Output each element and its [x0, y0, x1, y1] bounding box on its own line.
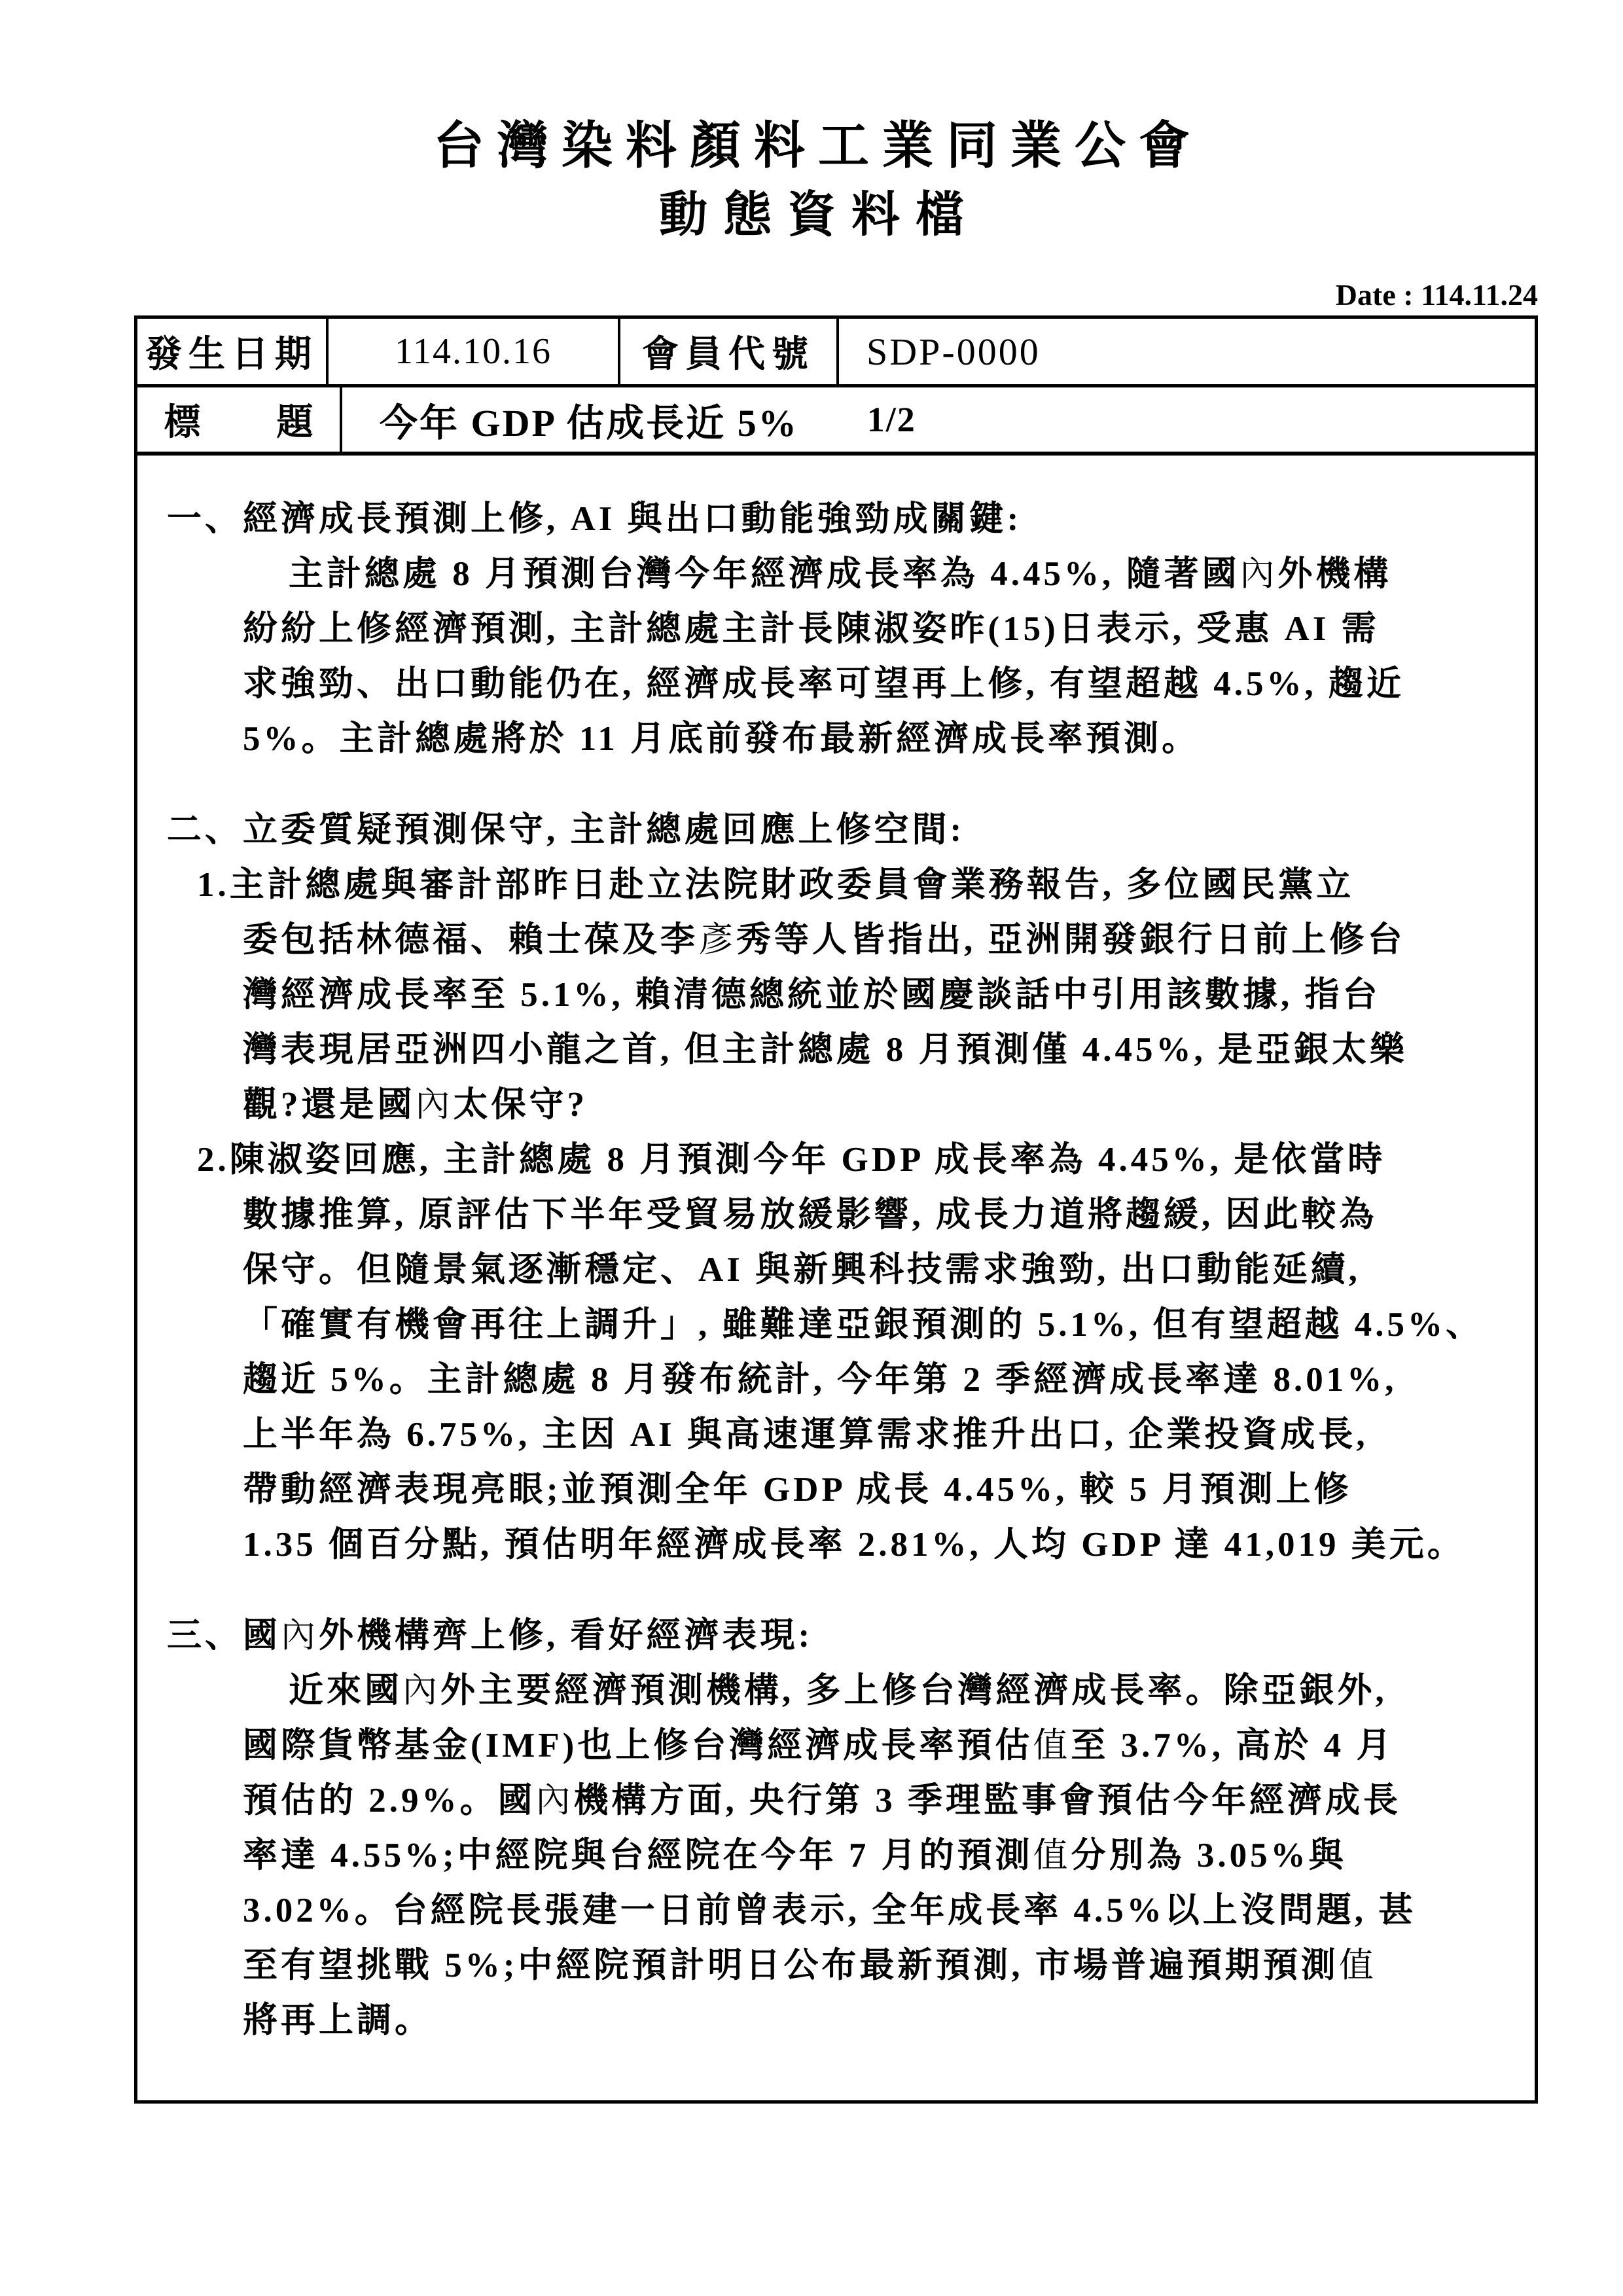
- bulletin-frame: 發生日期 114.10.16 會員代號 SDP-0000 標 題 今年 GDP …: [134, 315, 1538, 2104]
- association-title: 台灣染料顏料工業同業公會: [0, 120, 1623, 171]
- section-3-line: 至有望挑戰 5%;中經院預計明日公布最新預測, 市場普遍預期預測值: [243, 1938, 1508, 1993]
- occur-date-value: 114.10.16: [329, 319, 620, 384]
- section-3-line: 率達 4.55%;中經院與台經院在今年 7 月的預測值分別為 3.05%與: [243, 1828, 1508, 1883]
- document-type-title: 動態資料檔: [0, 191, 1623, 240]
- section-3-line: 3.02%。台經院長張建一日前曾表示, 全年成長率 4.5%以上沒問題, 甚: [243, 1883, 1508, 1938]
- section-2-item-2-line: 1.35 個百分點, 預估明年經濟成長率 2.81%, 人均 GDP 達 41,…: [243, 1517, 1508, 1572]
- section-1-line: 紛紛上修經濟預測, 主計總處主計長陳淑姿昨(15)日表示, 受惠 AI 需: [243, 601, 1508, 656]
- section-2-item-2-line: 2.陳淑姿回應, 主計總處 8 月預測今年 GDP 成長率為 4.45%, 是依…: [197, 1132, 1508, 1187]
- section-1-line: 主計總處 8 月預測台灣今年經濟成長率為 4.45%, 隨著國內外機構: [289, 547, 1508, 601]
- subject-value: 今年 GDP 估成長近 5%: [380, 392, 798, 447]
- section-2-heading: 二、立委質疑預測保守, 主計總處回應上修空間:: [167, 802, 1508, 857]
- member-code-label: 會員代號: [620, 319, 839, 384]
- section-2-item-2-line: 數據推算, 原評估下半年受貿易放緩影響, 成長力道將趨緩, 因此較為: [243, 1187, 1508, 1242]
- subject-label: 標 題: [137, 387, 342, 452]
- page-indicator: 1/2: [867, 399, 916, 440]
- info-row-2: 標 題 今年 GDP 估成長近 5% 1/2: [137, 387, 1535, 456]
- section-3-line: 近來國內外主要經濟預測機構, 多上修台灣經濟成長率。除亞銀外,: [289, 1663, 1508, 1718]
- section-2-item-1-line: 委包括林德福、賴士葆及李彥秀等人皆指出, 亞洲開發銀行日前上修台: [243, 912, 1508, 967]
- section-2-item-2-line: 保守。但隨景氣逐漸穩定、AI 與新興科技需求強勁, 出口動能延續,: [243, 1242, 1508, 1297]
- section-1-line: 5%。主計總處將於 11 月底前發布最新經濟成長率預測。: [243, 711, 1508, 766]
- section-2-item-1-line: 1.主計總處與審計部昨日赴立法院財政委員會業務報告, 多位國民黨立: [197, 857, 1508, 912]
- section-3-line: 國際貨幣基金(IMF)也上修台灣經濟成長率預估值至 3.7%, 高於 4 月: [243, 1718, 1508, 1773]
- section-3-line: 將再上調。: [243, 1993, 1508, 2048]
- section-2-item-1-line: 灣經濟成長率至 5.1%, 賴清德總統並於國慶談話中引用該數據, 指台: [243, 967, 1508, 1022]
- section-3: 三、國內外機構齊上修, 看好經濟表現: 近來國內外主要經濟預測機構, 多上修台灣…: [167, 1608, 1508, 2048]
- section-2-item-2-line: 趨近 5%。主計總處 8 月發布統計, 今年第 2 季經濟成長率達 8.01%,: [243, 1352, 1508, 1407]
- section-1-line: 求強勁、出口動能仍在, 經濟成長率可望再上修, 有望超越 4.5%, 趨近: [243, 656, 1508, 711]
- subject-row: 今年 GDP 估成長近 5% 1/2: [342, 387, 1535, 452]
- section-1-heading: 一、經濟成長預測上修, AI 與出口動能強勁成關鍵:: [167, 492, 1508, 547]
- document-page: { "page": { "title_line1": "台灣染料顏料工業同業公會…: [0, 0, 1623, 2296]
- section-2-item-2-line: 上半年為 6.75%, 主因 AI 與高速運算需求推升出口, 企業投資成長,: [243, 1407, 1508, 1462]
- issue-date: Date : 114.11.24: [1336, 280, 1538, 310]
- info-row-1: 發生日期 114.10.16 會員代號 SDP-0000: [137, 319, 1535, 387]
- occur-date-label: 發生日期: [137, 319, 329, 384]
- section-2-item-2-line: 「確實有機會再往上調升」, 雖難達亞銀預測的 5.1%, 但有望超越 4.5%、: [243, 1297, 1508, 1352]
- section-2-item-2-line: 帶動經濟表現亮眼;並預測全年 GDP 成長 4.45%, 較 5 月預測上修: [243, 1462, 1508, 1517]
- section-2-item-1-line: 灣表現居亞洲四小龍之首, 但主計總處 8 月預測僅 4.45%, 是亞銀太樂: [243, 1022, 1508, 1077]
- section-1: 一、經濟成長預測上修, AI 與出口動能強勁成關鍵: 主計總處 8 月預測台灣今…: [167, 492, 1508, 766]
- section-3-heading: 三、國內外機構齊上修, 看好經濟表現:: [167, 1608, 1508, 1663]
- section-3-line: 預估的 2.9%。國內機構方面, 央行第 3 季理監事會預估今年經濟成長: [243, 1773, 1508, 1828]
- section-2: 二、立委質疑預測保守, 主計總處回應上修空間: 1.主計總處與審計部昨日赴立法院…: [167, 802, 1508, 1572]
- body-cell: 一、經濟成長預測上修, AI 與出口動能強勁成關鍵: 主計總處 8 月預測台灣今…: [137, 456, 1535, 2100]
- section-2-item-1-line: 觀?還是國內太保守?: [243, 1077, 1508, 1132]
- member-code-value: SDP-0000: [839, 319, 1535, 384]
